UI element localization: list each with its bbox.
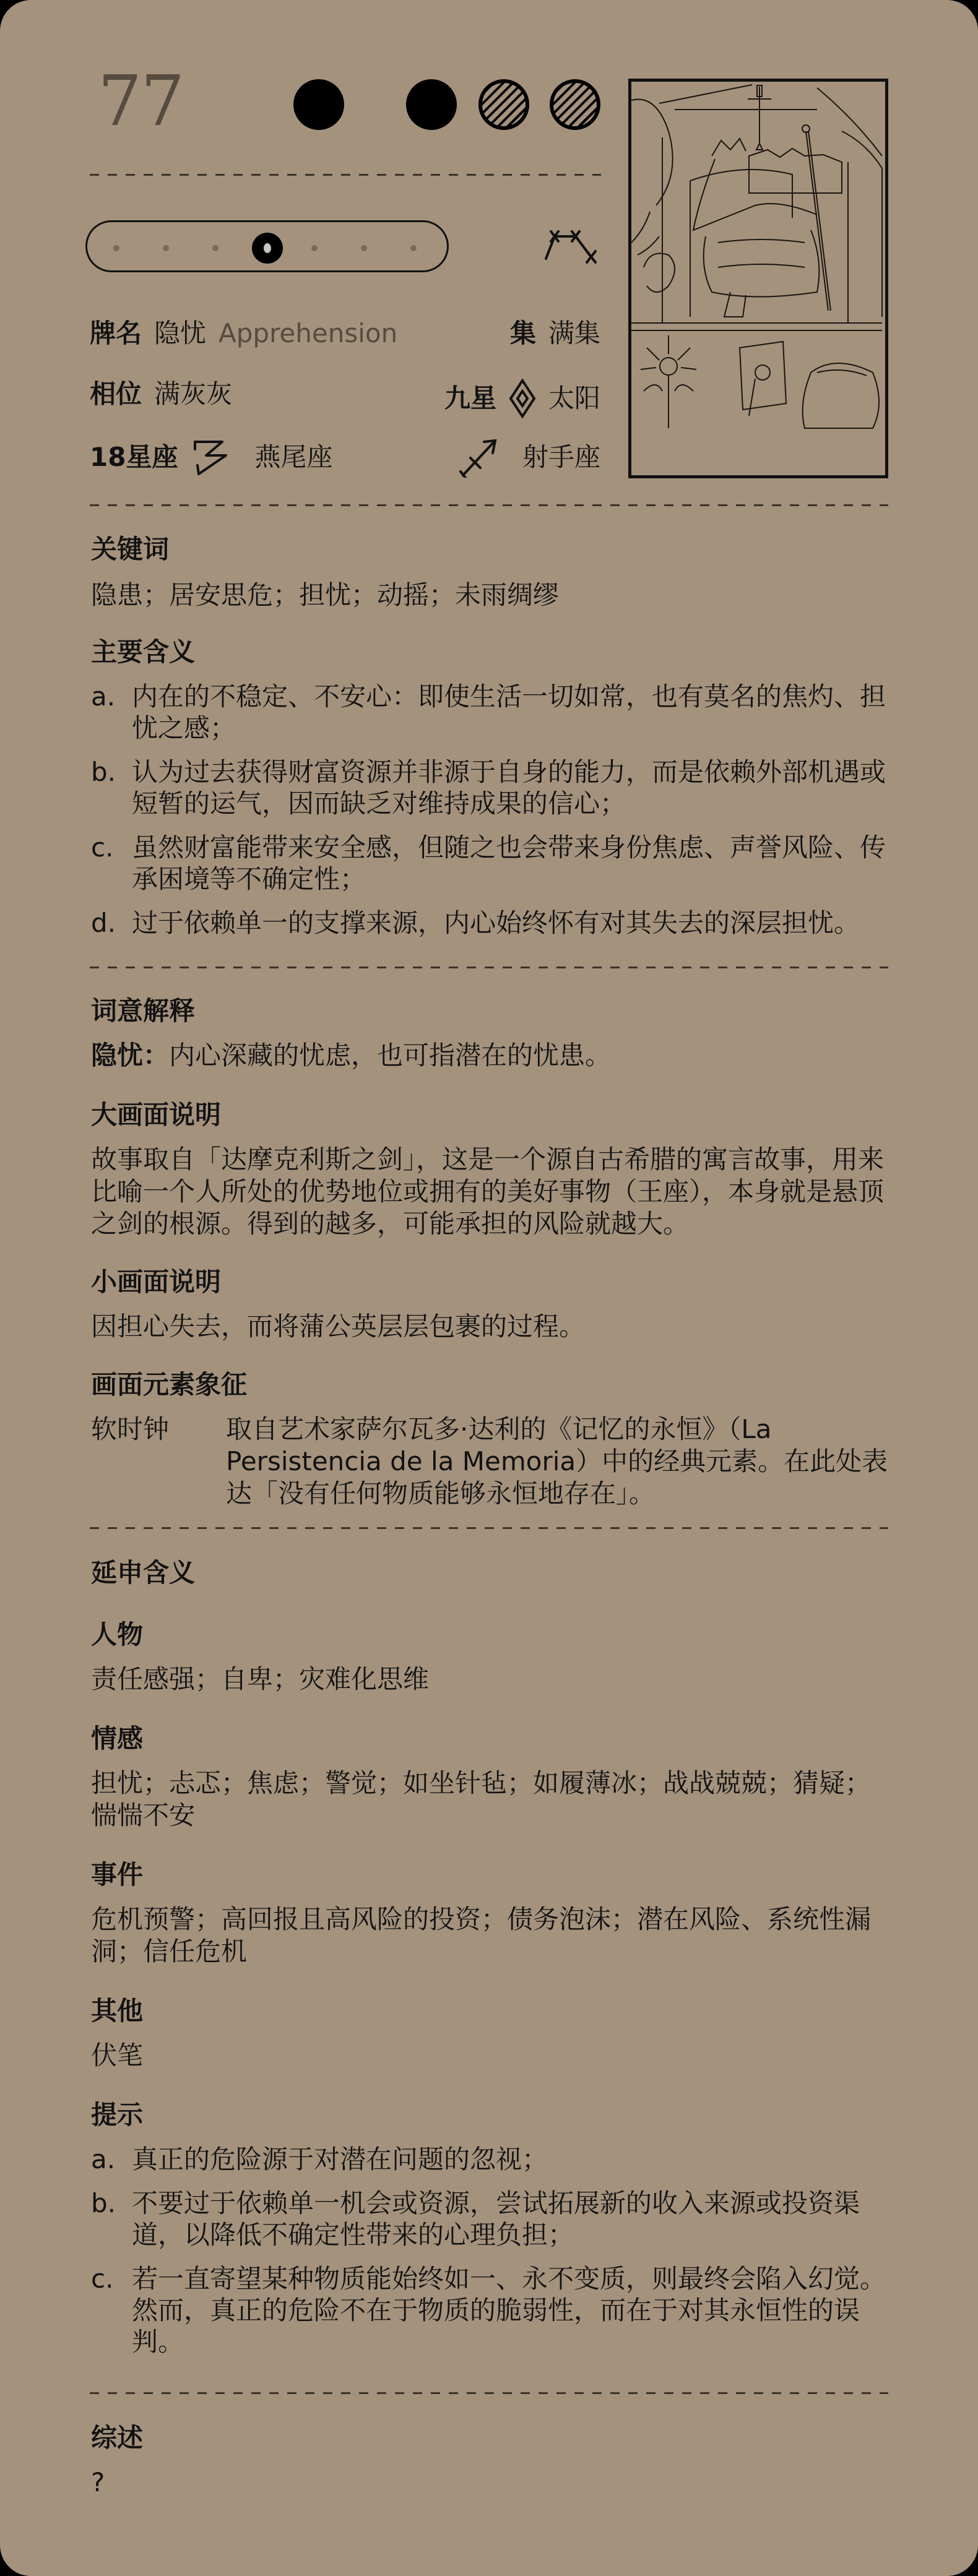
zodiac18-label: 18星座 bbox=[90, 442, 178, 473]
section-title: 延申含义 bbox=[91, 1557, 889, 1589]
small-picture-section: 小画面说明 因担心失去，而将蒲公英层层包裹的过程。 bbox=[91, 1266, 889, 1343]
position-dot bbox=[163, 245, 169, 251]
list-item: c. 若一直寄望某种物质能始终如一、永不变质，则最终会陷入幻觉。然而，真正的危险… bbox=[91, 2263, 889, 2358]
divider bbox=[90, 504, 888, 506]
list-letter: b. bbox=[91, 756, 132, 819]
other-title: 其他 bbox=[91, 1995, 889, 2027]
zodiac-row: 射手座 bbox=[459, 437, 600, 478]
main-meaning-section: 主要含义 a. 内在的不稳定、不安心：即使生活一切如常，也有莫名的焦灼、担忧之感… bbox=[91, 636, 889, 951]
tips-title: 提示 bbox=[91, 2099, 889, 2131]
phase-label: 相位 bbox=[90, 379, 142, 410]
list-item: b. 认为过去获得财富资源并非源于自身的能力，而是依赖外部机遇或短暂的运气，因而… bbox=[91, 756, 889, 819]
position-dot bbox=[212, 245, 219, 251]
list-text: 虽然财富能带来安全感，但随之也会带来身份焦虑、声誉风险、传承困境等不确定性； bbox=[132, 832, 889, 895]
emotion-text: 担忧；忐忑；焦虑；警觉；如坐针毡；如履薄冰；战战兢兢；猜疑；惴惴不安 bbox=[91, 1767, 889, 1832]
tips-list: a. 真正的危险源于对潜在问题的忽视； b. 不要过于依赖单一机会或资源，尝试拓… bbox=[91, 2143, 889, 2358]
list-item: c. 虽然财富能带来安全感，但随之也会带来身份焦虑、声誉风险、传承困境等不确定性… bbox=[91, 832, 889, 895]
phase-row: 相位 满灰灰 bbox=[90, 379, 232, 410]
zodiac18-row: 18星座 燕尾座 bbox=[90, 437, 332, 478]
section-title: 词意解释 bbox=[91, 995, 889, 1027]
zodiac18-value: 燕尾座 bbox=[254, 442, 332, 473]
set-label: 集 bbox=[510, 318, 536, 349]
list-letter: a. bbox=[91, 681, 132, 744]
list-text: 不要过于依赖单一机会或资源，尝试拓展新的收入来源或投资渠道，以降低不确定性带来的… bbox=[132, 2187, 889, 2251]
set-value: 满集 bbox=[548, 318, 600, 349]
phase-value: 满灰灰 bbox=[154, 379, 232, 410]
list-item: b. 不要过于依赖单一机会或资源，尝试拓展新的收入来源或投资渠道，以降低不确定性… bbox=[91, 2187, 889, 2251]
position-slider bbox=[85, 220, 449, 272]
event-title: 事件 bbox=[91, 1859, 889, 1891]
list-text: 内在的不稳定、不安心：即使生活一切如常，也有莫名的焦灼、担忧之感； bbox=[132, 681, 889, 744]
sagittarius-icon bbox=[459, 437, 499, 478]
moon-hatched-icon bbox=[550, 79, 600, 130]
event-text: 危机预警；高回报且高风险的投资；债务泡沫；潜在风险、系统性漏洞；信任危机 bbox=[91, 1903, 889, 1968]
summary-text: ? bbox=[91, 2466, 889, 2499]
card-name-en: Apprehension bbox=[219, 318, 397, 349]
nine-star-row: 九星 太阳 bbox=[444, 379, 600, 418]
word-definition: 内心深藏的忧虑，也可指潜在的忧患。 bbox=[169, 1040, 611, 1070]
card-name-cn: 隐忧 bbox=[154, 318, 206, 349]
section-title: 主要含义 bbox=[91, 636, 889, 668]
illustration-lineart bbox=[631, 82, 885, 475]
section-title: 小画面说明 bbox=[91, 1266, 889, 1298]
symbol-row: 软时钟 取自艺术家萨尔瓦多·达利的《记忆的永恒》（La Persistencia… bbox=[91, 1413, 889, 1510]
list-letter: c. bbox=[91, 2263, 132, 2358]
section-title: 大画面说明 bbox=[91, 1099, 889, 1131]
card-name-label: 牌名 bbox=[90, 318, 142, 349]
keywords-section: 关键词 隐患；居安思危；担忧；动摇；未雨绸缪 bbox=[91, 533, 889, 611]
big-picture-text: 故事取自「达摩克利斯之剑」，这是一个源自古希腊的寓言故事，用来比喻一个人所处的优… bbox=[91, 1144, 889, 1240]
keywords-text: 隐患；居安思危；担忧；动摇；未雨绸缪 bbox=[91, 579, 889, 611]
small-picture-text: 因担心失去，而将蒲公英层层包裹的过程。 bbox=[91, 1311, 889, 1343]
list-text: 真正的危险源于对潜在问题的忽视； bbox=[132, 2143, 889, 2175]
list-letter: a. bbox=[91, 2143, 132, 2175]
zodiac-value: 射手座 bbox=[522, 442, 600, 473]
other-text: 伏笔 bbox=[91, 2040, 889, 2072]
list-letter: d. bbox=[91, 907, 132, 939]
section-title: 综述 bbox=[91, 2422, 889, 2454]
swallowtail-icon bbox=[190, 437, 231, 478]
card-illustration bbox=[628, 79, 888, 478]
section-title: 画面元素象征 bbox=[91, 1369, 889, 1401]
summary-section: 综述 ? bbox=[91, 2422, 889, 2499]
person-text: 责任感强；自卑；灾难化思维 bbox=[91, 1663, 889, 1695]
word-meaning-body: 隐忧：内心深藏的忧虑，也可指潜在的忧患。 bbox=[91, 1040, 889, 1072]
list-item: a. 真正的危险源于对潜在问题的忽视； bbox=[91, 2143, 889, 2175]
card-number: 77 bbox=[98, 64, 184, 139]
divider bbox=[90, 1527, 888, 1529]
position-dot bbox=[361, 245, 367, 251]
nine-star-value: 太阳 bbox=[548, 383, 600, 414]
symbol-key: 软时钟 bbox=[91, 1413, 226, 1510]
set-row: 集 满集 bbox=[510, 318, 600, 349]
position-dot-active bbox=[252, 233, 283, 264]
card-name-row: 牌名 隐忧 Apprehension bbox=[90, 318, 397, 349]
emotion-title: 情感 bbox=[91, 1723, 889, 1755]
divider bbox=[90, 967, 888, 968]
person-title: 人物 bbox=[91, 1619, 889, 1651]
list-text: 过于依赖单一的支撑来源，内心始终怀有对其失去的深层担忧。 bbox=[132, 907, 889, 939]
moon-full-icon bbox=[293, 79, 344, 130]
symbol-value: 取自艺术家萨尔瓦多·达利的《记忆的永恒》（La Persistencia de … bbox=[226, 1413, 889, 1510]
symbols-section: 画面元素象征 软时钟 取自艺术家萨尔瓦多·达利的《记忆的永恒》（La Persi… bbox=[91, 1369, 889, 1510]
list-letter: b. bbox=[91, 2187, 132, 2251]
main-meaning-list: a. 内在的不稳定、不安心：即使生活一切如常，也有莫名的焦灼、担忧之感； b. … bbox=[91, 681, 889, 939]
tarot-card-sheet: 77 牌名 隐忧 Apprehension 集 满集 相位 满灰灰 九 bbox=[0, 0, 978, 2576]
position-dot bbox=[410, 245, 417, 251]
diamond-icon bbox=[509, 379, 536, 418]
word-meaning-section: 词意解释 隐忧：内心深藏的忧虑，也可指潜在的忧患。 bbox=[91, 995, 889, 1072]
moon-full-icon bbox=[406, 79, 457, 130]
constellation-icon bbox=[543, 228, 600, 265]
nine-star-label: 九星 bbox=[444, 383, 496, 414]
divider bbox=[90, 174, 601, 176]
moon-hatched-icon bbox=[478, 79, 529, 130]
list-item: d. 过于依赖单一的支撑来源，内心始终怀有对其失去的深层担忧。 bbox=[91, 907, 889, 939]
position-dot bbox=[113, 245, 119, 251]
divider bbox=[90, 2392, 888, 2394]
list-item: a. 内在的不稳定、不安心：即使生活一切如常，也有莫名的焦灼、担忧之感； bbox=[91, 681, 889, 744]
section-title: 关键词 bbox=[91, 533, 889, 566]
word-term: 隐忧： bbox=[91, 1040, 169, 1070]
list-text: 若一直寄望某种物质能始终如一、永不变质，则最终会陷入幻觉。然而，真正的危险不在于… bbox=[132, 2263, 889, 2358]
list-letter: c. bbox=[91, 832, 132, 895]
extended-section: 延申含义 人物 责任感强；自卑；灾难化思维 情感 担忧；忐忑；焦虑；警觉；如坐针… bbox=[91, 1557, 889, 2370]
position-dot bbox=[311, 245, 318, 251]
big-picture-section: 大画面说明 故事取自「达摩克利斯之剑」，这是一个源自古希腊的寓言故事，用来比喻一… bbox=[91, 1099, 889, 1240]
list-text: 认为过去获得财富资源并非源于自身的能力，而是依赖外部机遇或短暂的运气，因而缺乏对… bbox=[132, 756, 889, 819]
